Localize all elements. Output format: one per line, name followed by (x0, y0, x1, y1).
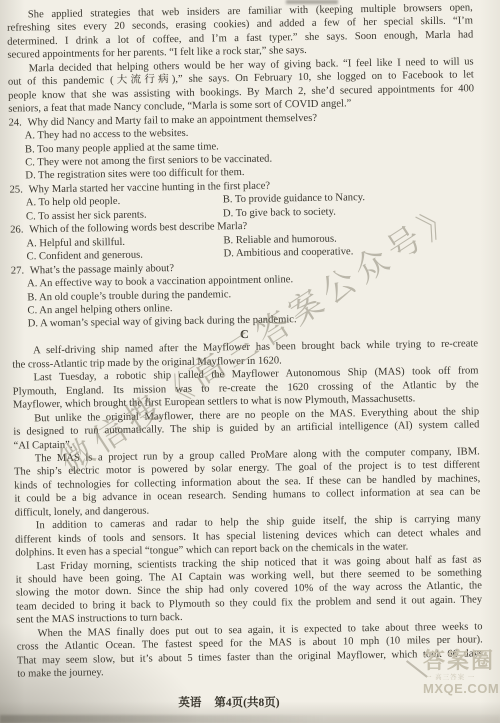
page-content: She applied strategies that web insiders… (7, 1, 484, 681)
scan-bottom-shadow (0, 715, 500, 723)
passage-paragraph-6: Last Friday morning, scientists tracking… (15, 553, 482, 628)
question-26: 26.Which of the following words best des… (10, 217, 477, 265)
question-27: 27.What’s the passage mainly about? A. A… (11, 257, 478, 332)
paragraph-marla-strategies: She applied strategies that web insiders… (7, 1, 474, 62)
subject-label: 英语 (178, 694, 201, 710)
question-number: 25. (9, 183, 28, 197)
question-text: What’s the passage mainly about? (30, 263, 174, 276)
passage-paragraph-7: When the MAS finally does put out to sea… (16, 620, 483, 681)
paragraph-marla-giving-back: Marla decided that helping others would … (8, 55, 475, 116)
question-number: 27. (11, 264, 30, 278)
logo-tagline: 一 高三答案 一 (425, 674, 500, 681)
question-25: 25.Why Marla started her vaccine hunting… (9, 176, 476, 224)
question-24: 24.Why did Nancy and Marty fail to make … (8, 109, 475, 184)
question-number: 26. (10, 224, 29, 238)
exam-page: She applied strategies that web insiders… (0, 0, 500, 723)
scan-smudge (286, 0, 338, 4)
page-footer: 英语 第4页(共8页) (0, 694, 458, 710)
passage-paragraph-2: Last Tuesday, a robotic ship called the … (12, 365, 479, 413)
page-number: 第4页(共8页) (214, 694, 279, 710)
question-number: 24. (8, 116, 27, 130)
passage-paragraph-4: The MAS is a project run by a group call… (14, 445, 481, 520)
